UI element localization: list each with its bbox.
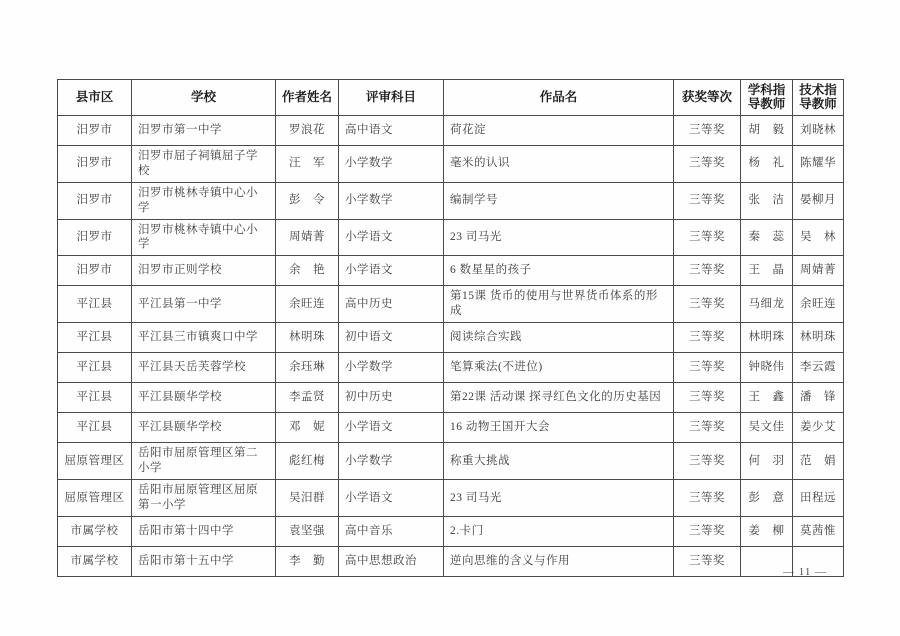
cell-author: 余 艳 <box>276 256 339 286</box>
header-district: 县市区 <box>58 80 132 116</box>
cell-subject: 高中思想政治 <box>339 547 444 577</box>
cell-school: 平江县第一中学 <box>132 286 276 323</box>
cell-subject: 小学语文 <box>339 219 444 256</box>
cell-district: 市属学校 <box>58 547 132 577</box>
cell-subject-teacher: 杨 礼 <box>741 145 793 182</box>
table-row: 汨罗市汨罗市第一中学罗浪花高中语文荷花淀三等奖胡 毅刘晓林 <box>58 115 844 145</box>
cell-tech-teacher: 晏柳月 <box>793 182 844 219</box>
cell-subject: 小学数学 <box>339 182 444 219</box>
header-work: 作品名 <box>444 80 674 116</box>
cell-work: 6 数星星的孩子 <box>444 256 674 286</box>
cell-school: 岳阳市第十五中学 <box>132 547 276 577</box>
cell-subject: 小学数学 <box>339 353 444 383</box>
cell-district: 汨罗市 <box>58 182 132 219</box>
cell-subject: 高中音乐 <box>339 517 444 547</box>
cell-tech-teacher: 潘 锋 <box>793 383 844 413</box>
table-row: 市属学校岳阳市第十四中学袁坚强高中音乐2.卡门三等奖姜 柳莫茜惟 <box>58 517 844 547</box>
table-row: 汨罗市汨罗市正则学校余 艳小学语文6 数星星的孩子三等奖王 晶周婧菁 <box>58 256 844 286</box>
cell-subject-teacher: 姜 柳 <box>741 517 793 547</box>
cell-school: 汨罗市桃林寺镇中心小学 <box>132 219 276 256</box>
cell-subject: 小学数学 <box>339 145 444 182</box>
header-school: 学校 <box>132 80 276 116</box>
cell-school: 汨罗市屈子祠镇屈子学校 <box>132 145 276 182</box>
cell-subject-teacher: 马细龙 <box>741 286 793 323</box>
cell-school: 平江县三市镇爽口中学 <box>132 323 276 353</box>
cell-work: 第15课 货币的使用与世界货币体系的形成 <box>444 286 674 323</box>
cell-award: 三等奖 <box>674 480 741 517</box>
cell-district: 汨罗市 <box>58 219 132 256</box>
cell-district: 平江县 <box>58 413 132 443</box>
header-tech-teacher: 技术指导教师 <box>793 80 844 116</box>
cell-author: 余珏琳 <box>276 353 339 383</box>
cell-author: 汪 军 <box>276 145 339 182</box>
cell-author: 彭 令 <box>276 182 339 219</box>
cell-subject-teacher: 胡 毅 <box>741 115 793 145</box>
cell-author: 彪红梅 <box>276 443 339 480</box>
cell-school: 汨罗市桃林寺镇中心小学 <box>132 182 276 219</box>
table-row: 汨罗市汨罗市桃林寺镇中心小学彭 令小学数学编制学号三等奖张 洁晏柳月 <box>58 182 844 219</box>
cell-author: 罗浪花 <box>276 115 339 145</box>
table-row: 汨罗市汨罗市桃林寺镇中心小学周婧菁小学语文23 司马光三等奖秦 蕊吴 林 <box>58 219 844 256</box>
cell-district: 平江县 <box>58 323 132 353</box>
cell-author: 周婧菁 <box>276 219 339 256</box>
table-row: 平江县平江县第一中学余旺连高中历史第15课 货币的使用与世界货币体系的形成三等奖… <box>58 286 844 323</box>
cell-subject: 小学语文 <box>339 256 444 286</box>
cell-subject-teacher: 王 鑫 <box>741 383 793 413</box>
cell-award: 三等奖 <box>674 383 741 413</box>
cell-award: 三等奖 <box>674 353 741 383</box>
table-row: 平江县平江县天岳芙蓉学校余珏琳小学数学笔算乘法(不进位)三等奖钟晓伟李云霞 <box>58 353 844 383</box>
cell-award: 三等奖 <box>674 219 741 256</box>
cell-district: 平江县 <box>58 286 132 323</box>
cell-award: 三等奖 <box>674 115 741 145</box>
table-row: 屈原管理区岳阳市屈原管理区屈原第一小学吴汨群小学语文23 司马光三等奖彭 意田程… <box>58 480 844 517</box>
cell-author: 袁坚强 <box>276 517 339 547</box>
cell-subject-teacher: 张 洁 <box>741 182 793 219</box>
cell-subject-teacher: 林明珠 <box>741 323 793 353</box>
header-subject-teacher: 学科指导教师 <box>741 80 793 116</box>
cell-subject-teacher: 王 晶 <box>741 256 793 286</box>
cell-subject-teacher: 何 羽 <box>741 443 793 480</box>
cell-award: 三等奖 <box>674 286 741 323</box>
header-award: 获奖等次 <box>674 80 741 116</box>
cell-school: 岳阳市屈原管理区第二小学 <box>132 443 276 480</box>
cell-subject: 高中历史 <box>339 286 444 323</box>
table-row: 平江县平江县颐华学校李孟贤初中历史第22课 活动课 探寻红色文化的历史基因三等奖… <box>58 383 844 413</box>
cell-subject: 小学语文 <box>339 413 444 443</box>
cell-work: 逆向思维的含义与作用 <box>444 547 674 577</box>
table-row: 平江县平江县颐华学校邓 妮小学语文16 动物王国开大会三等奖吴文佳姜少艾 <box>58 413 844 443</box>
cell-work: 23 司马光 <box>444 219 674 256</box>
table-row: 平江县平江县三市镇爽口中学林明珠初中语文阅读综合实践三等奖林明珠林明珠 <box>58 323 844 353</box>
cell-tech-teacher: 田程远 <box>793 480 844 517</box>
cell-subject: 初中历史 <box>339 383 444 413</box>
cell-work: 16 动物王国开大会 <box>444 413 674 443</box>
cell-author: 林明珠 <box>276 323 339 353</box>
cell-award: 三等奖 <box>674 323 741 353</box>
cell-work: 称重大挑战 <box>444 443 674 480</box>
cell-school: 汨罗市正则学校 <box>132 256 276 286</box>
cell-subject-teacher: 钟晓伟 <box>741 353 793 383</box>
cell-district: 平江县 <box>58 353 132 383</box>
cell-author: 吴汨群 <box>276 480 339 517</box>
cell-school: 平江县颐华学校 <box>132 383 276 413</box>
cell-tech-teacher: 林明珠 <box>793 323 844 353</box>
cell-work: 2.卡门 <box>444 517 674 547</box>
cell-district: 市属学校 <box>58 517 132 547</box>
cell-work: 阅读综合实践 <box>444 323 674 353</box>
cell-tech-teacher: 余旺连 <box>793 286 844 323</box>
document-page: 县市区 学校 作者姓名 评审科目 作品名 获奖等次 学科指导教师 技术指导教师 … <box>0 0 900 636</box>
table-row: 屈原管理区岳阳市屈原管理区第二小学彪红梅小学数学称重大挑战三等奖何 羽范 娟 <box>58 443 844 480</box>
cell-district: 汨罗市 <box>58 256 132 286</box>
cell-district: 汨罗市 <box>58 115 132 145</box>
cell-work: 编制学号 <box>444 182 674 219</box>
cell-school: 汨罗市第一中学 <box>132 115 276 145</box>
cell-tech-teacher: 吴 林 <box>793 219 844 256</box>
cell-subject-teacher: 吴文佳 <box>741 413 793 443</box>
header-author: 作者姓名 <box>276 80 339 116</box>
cell-school: 岳阳市屈原管理区屈原第一小学 <box>132 480 276 517</box>
cell-district: 屈原管理区 <box>58 480 132 517</box>
cell-author: 邓 妮 <box>276 413 339 443</box>
table-row: 汨罗市汨罗市屈子祠镇屈子学校汪 军小学数学毫米的认识三等奖杨 礼陈耀华 <box>58 145 844 182</box>
cell-award: 三等奖 <box>674 413 741 443</box>
cell-school: 平江县颐华学校 <box>132 413 276 443</box>
cell-work: 荷花淀 <box>444 115 674 145</box>
cell-tech-teacher: 范 娟 <box>793 443 844 480</box>
cell-tech-teacher: 周婧菁 <box>793 256 844 286</box>
cell-district: 汨罗市 <box>58 145 132 182</box>
cell-subject: 高中语文 <box>339 115 444 145</box>
cell-tech-teacher: 莫茜惟 <box>793 517 844 547</box>
cell-award: 三等奖 <box>674 145 741 182</box>
cell-district: 平江县 <box>58 383 132 413</box>
cell-award: 三等奖 <box>674 517 741 547</box>
cell-work: 笔算乘法(不进位) <box>444 353 674 383</box>
cell-tech-teacher: 姜少艾 <box>793 413 844 443</box>
cell-author: 李孟贤 <box>276 383 339 413</box>
cell-award: 三等奖 <box>674 547 741 577</box>
cell-subject-teacher: 彭 意 <box>741 480 793 517</box>
cell-school: 岳阳市第十四中学 <box>132 517 276 547</box>
cell-tech-teacher: 李云霞 <box>793 353 844 383</box>
cell-subject: 初中语文 <box>339 323 444 353</box>
cell-district: 屈原管理区 <box>58 443 132 480</box>
table-row: 市属学校岳阳市第十五中学李 勤高中思想政治逆向思维的含义与作用三等奖 <box>58 547 844 577</box>
cell-subject-teacher: 秦 蕊 <box>741 219 793 256</box>
cell-work: 第22课 活动课 探寻红色文化的历史基因 <box>444 383 674 413</box>
cell-school: 平江县天岳芙蓉学校 <box>132 353 276 383</box>
cell-award: 三等奖 <box>674 443 741 480</box>
cell-work: 毫米的认识 <box>444 145 674 182</box>
cell-award: 三等奖 <box>674 182 741 219</box>
cell-author: 李 勤 <box>276 547 339 577</box>
cell-author: 余旺连 <box>276 286 339 323</box>
cell-subject: 小学语文 <box>339 480 444 517</box>
award-table: 县市区 学校 作者姓名 评审科目 作品名 获奖等次 学科指导教师 技术指导教师 … <box>57 79 844 577</box>
cell-tech-teacher: 刘晓林 <box>793 115 844 145</box>
header-subject: 评审科目 <box>339 80 444 116</box>
cell-work: 23 司马光 <box>444 480 674 517</box>
table-header-row: 县市区 学校 作者姓名 评审科目 作品名 获奖等次 学科指导教师 技术指导教师 <box>58 80 844 116</box>
cell-award: 三等奖 <box>674 256 741 286</box>
page-number: — 11 — <box>783 566 827 578</box>
cell-subject: 小学数学 <box>339 443 444 480</box>
cell-tech-teacher: 陈耀华 <box>793 145 844 182</box>
